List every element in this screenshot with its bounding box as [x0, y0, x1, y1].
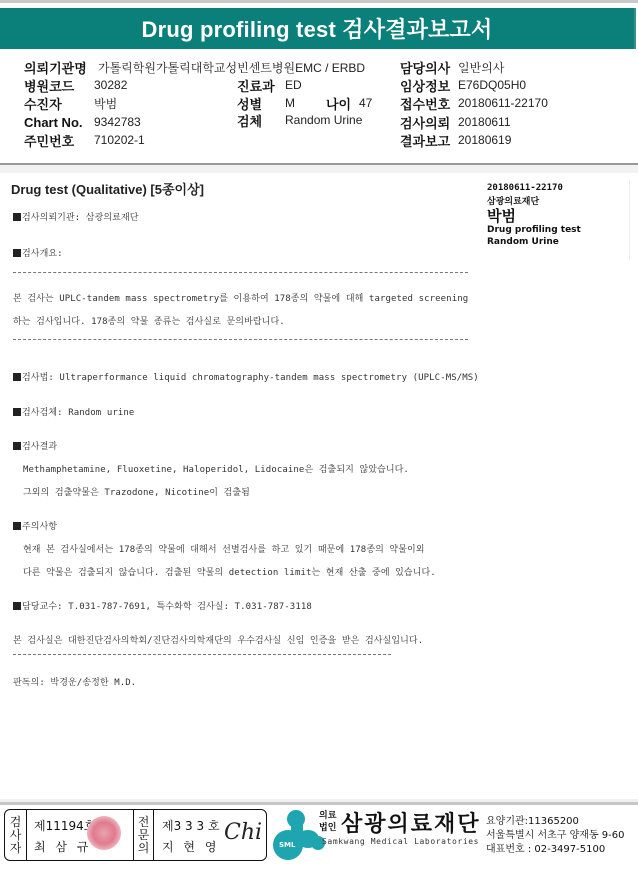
chart-no-row: Chart No. 9342783: [24, 113, 141, 131]
dashed-divider: [13, 339, 468, 340]
sticker-receipt-no: 20180611-22170: [487, 183, 563, 193]
caution-heading-text: 주의사항: [22, 522, 57, 532]
doctor-label: 담당의사: [400, 58, 458, 77]
report-header: Drug profiling test 검사결과보고서 의뢰기관명 가톨릭학원가…: [0, 0, 638, 164]
caution-line-1: 현재 본 검사실에서는 178종의 약물에 대해서 선별검사를 하고 있기 때문…: [23, 542, 425, 555]
sex-value: M: [285, 96, 295, 110]
hospital-code-label: 병원코드: [24, 76, 94, 95]
specialist-label-char: 의: [138, 842, 150, 855]
specialist-label-char: 전: [138, 816, 150, 829]
request-date-label: 검사의뢰: [400, 113, 458, 132]
specimen-label-sticker: 20180611-22170 삼광의료재단 박범 Drug profiling …: [478, 180, 630, 260]
sticker-patient: 박범: [487, 205, 516, 226]
age-value: 47: [359, 96, 372, 110]
bullet-square-icon: [13, 602, 21, 610]
overview-line-2: 하는 검사입니다. 178종의 약물 종류는 검사실로 문의바랍니다.: [13, 314, 285, 327]
requesting-org-line: 검사의뢰기관: 삼광의료재단: [13, 210, 139, 223]
bullet-square-icon: [13, 373, 21, 381]
receiver-row: 수진자 박범: [24, 94, 117, 112]
specimen-text: 검사검체: Random urine: [22, 408, 134, 418]
hospital-code-value: 30282: [94, 78, 127, 92]
overview-heading: 검사개요:: [13, 246, 63, 259]
dashed-divider: [13, 654, 391, 655]
org-type-bottom: 법인: [319, 823, 336, 833]
org-code: 요양기관:11365200: [486, 812, 579, 827]
age-row: 나이 47: [326, 94, 372, 112]
institution-row: 의뢰기관명 가톨릭학원가톨릭대학교성빈센트병원EMC / ERBD: [24, 58, 365, 76]
department-label: 진료과: [237, 76, 285, 95]
request-date-value: 20180611: [458, 115, 511, 129]
method-line: 검사법: Ultraperformance liquid chromatogra…: [13, 370, 479, 383]
bullet-square-icon: [13, 408, 21, 416]
patient-info-grid: 의뢰기관명 가톨릭학원가톨릭대학교성빈센트병원EMC / ERBD 담당의사 일…: [0, 55, 638, 155]
specialist-license: 제3 3 3 호: [162, 817, 220, 834]
seal-stamp-icon: [87, 816, 121, 850]
receipt-no-value: 20180611-22170: [458, 96, 548, 110]
specialist-label: 전 문 의: [134, 810, 154, 860]
org-type-top: 의료: [319, 811, 336, 821]
clinical-info-label: 임상정보: [400, 76, 458, 95]
caution-line-2: 다른 약물은 검출되지 않습니다. 검출된 약물의 detection limi…: [23, 565, 436, 578]
hospital-code-row: 병원코드 30282: [24, 76, 127, 94]
sticker-specimen: Random Urine: [487, 237, 559, 247]
contact-line: 담당교수: T.031-787-7691, 특수화학 검사실: T.031-78…: [13, 599, 312, 612]
overview-heading-text: 검사개요:: [22, 249, 63, 259]
receiver-label: 수진자: [24, 94, 94, 113]
examiner-name: 최 삼 규: [34, 838, 91, 855]
specimen-line: 검사검체: Random urine: [13, 405, 134, 418]
examiner-label: 검 사 자: [5, 810, 27, 860]
doctor-row: 담당의사 일반의사: [400, 58, 504, 76]
caution-heading: 주의사항: [13, 519, 57, 532]
examiner-label-char: 자: [10, 842, 22, 855]
receiver-value: 박범: [94, 95, 117, 112]
bullet-square-icon: [13, 249, 21, 257]
receipt-no-row: 접수번호 20180611-22170: [400, 94, 548, 112]
certification-line: 본 검사실은 대한진단검사의학회/진단검사의학재단의 우수검사실 신임 인증을 …: [13, 633, 423, 646]
report-title: Drug test (Qualitative) [5종이상]: [11, 179, 204, 198]
specialist-name: 지 현 영: [162, 838, 219, 855]
result-line-2: 그외의 검출약물은 Trazodone, Nicotine이 검출됨: [23, 485, 250, 498]
institution-label: 의뢰기관명: [24, 58, 94, 77]
specialist-cell: 제3 3 3 호 지 현 영 Chi: [154, 810, 264, 860]
examiner-label-char: 사: [10, 829, 22, 842]
org-name-en: Samkwang Medical Laboratories: [322, 837, 479, 846]
contact-text: 담당교수: T.031-787-7691, 특수화학 검사실: T.031-78…: [22, 602, 312, 612]
chart-no-label: Chart No.: [24, 115, 94, 130]
bullet-square-icon: [13, 522, 21, 530]
report-date-row: 결과보고 20180619: [400, 131, 511, 149]
org-phone: 대표번호 : 02-3497-5100: [486, 840, 605, 855]
clinical-info-row: 임상정보 E76DQ05H0: [400, 76, 526, 94]
department-value: ED: [285, 78, 302, 92]
specialist-label-char: 문: [138, 829, 150, 842]
receipt-no-label: 접수번호: [400, 94, 458, 113]
examiner-label-char: 검: [10, 816, 22, 829]
org-name: 삼광의료재단: [341, 807, 481, 838]
org-address: 서울특별시 서초구 양재동 9-60: [486, 826, 625, 841]
institution-value: 가톨릭학원가톨릭대학교성빈센트병원EMC / ERBD: [98, 59, 365, 76]
specimen-row: 검체 Random Urine: [237, 111, 362, 129]
sticker-test: Drug profiling test: [487, 225, 581, 235]
report-date-value: 20180619: [458, 133, 511, 147]
resident-no-row: 주민번호 710202-1: [24, 131, 145, 149]
result-heading: 검사결과: [13, 439, 57, 452]
result-heading-text: 검사결과: [22, 442, 57, 452]
bullet-square-icon: [13, 442, 21, 450]
resident-no-value: 710202-1: [94, 133, 145, 147]
bullet-square-icon: [13, 213, 21, 221]
specimen-label: 검체: [237, 111, 285, 130]
clinical-info-value: E76DQ05H0: [458, 78, 526, 92]
sex-row: 성별 M: [237, 94, 295, 112]
report-date-label: 결과보고: [400, 131, 458, 150]
scanned-report: Drug test (Qualitative) [5종이상] 검사의뢰기관: 삼…: [0, 173, 638, 805]
signature: Chi: [224, 820, 262, 845]
overview-line-1: 본 검사는 UPLC-tandem mass spectrometry를 이용하…: [13, 291, 468, 304]
logo-text: SML: [279, 841, 295, 849]
signature-box: 검 사 자 제11194호 최 삼 규 전 문 의 제3 3 3 호 지 현 영…: [4, 809, 267, 861]
dashed-divider: [13, 272, 468, 273]
method-text: 검사법: Ultraperformance liquid chromatogra…: [22, 373, 479, 383]
age-label: 나이: [326, 94, 359, 113]
result-line-1: Methamphetamine, Fluoxetine, Haloperidol…: [23, 462, 409, 475]
examiner-cell: 제11194호 최 삼 규: [27, 810, 134, 860]
requesting-org-text: 검사의뢰기관: 삼광의료재단: [22, 213, 139, 223]
request-date-row: 검사의뢰 20180611: [400, 113, 511, 131]
footer-divider: [0, 802, 638, 805]
title-banner: Drug profiling test 검사결과보고서: [0, 8, 636, 49]
department-row: 진료과 ED: [237, 76, 302, 94]
chart-no-value: 9342783: [94, 115, 141, 129]
page-title: Drug profiling test 검사결과보고서: [142, 13, 493, 44]
doctor-value: 일반의사: [458, 59, 504, 76]
reader-line: 판독의: 박경운/송정한 M.D.: [13, 675, 136, 688]
specimen-value: Random Urine: [285, 113, 362, 127]
divider-band: [0, 165, 638, 173]
resident-no-label: 주민번호: [24, 131, 94, 150]
